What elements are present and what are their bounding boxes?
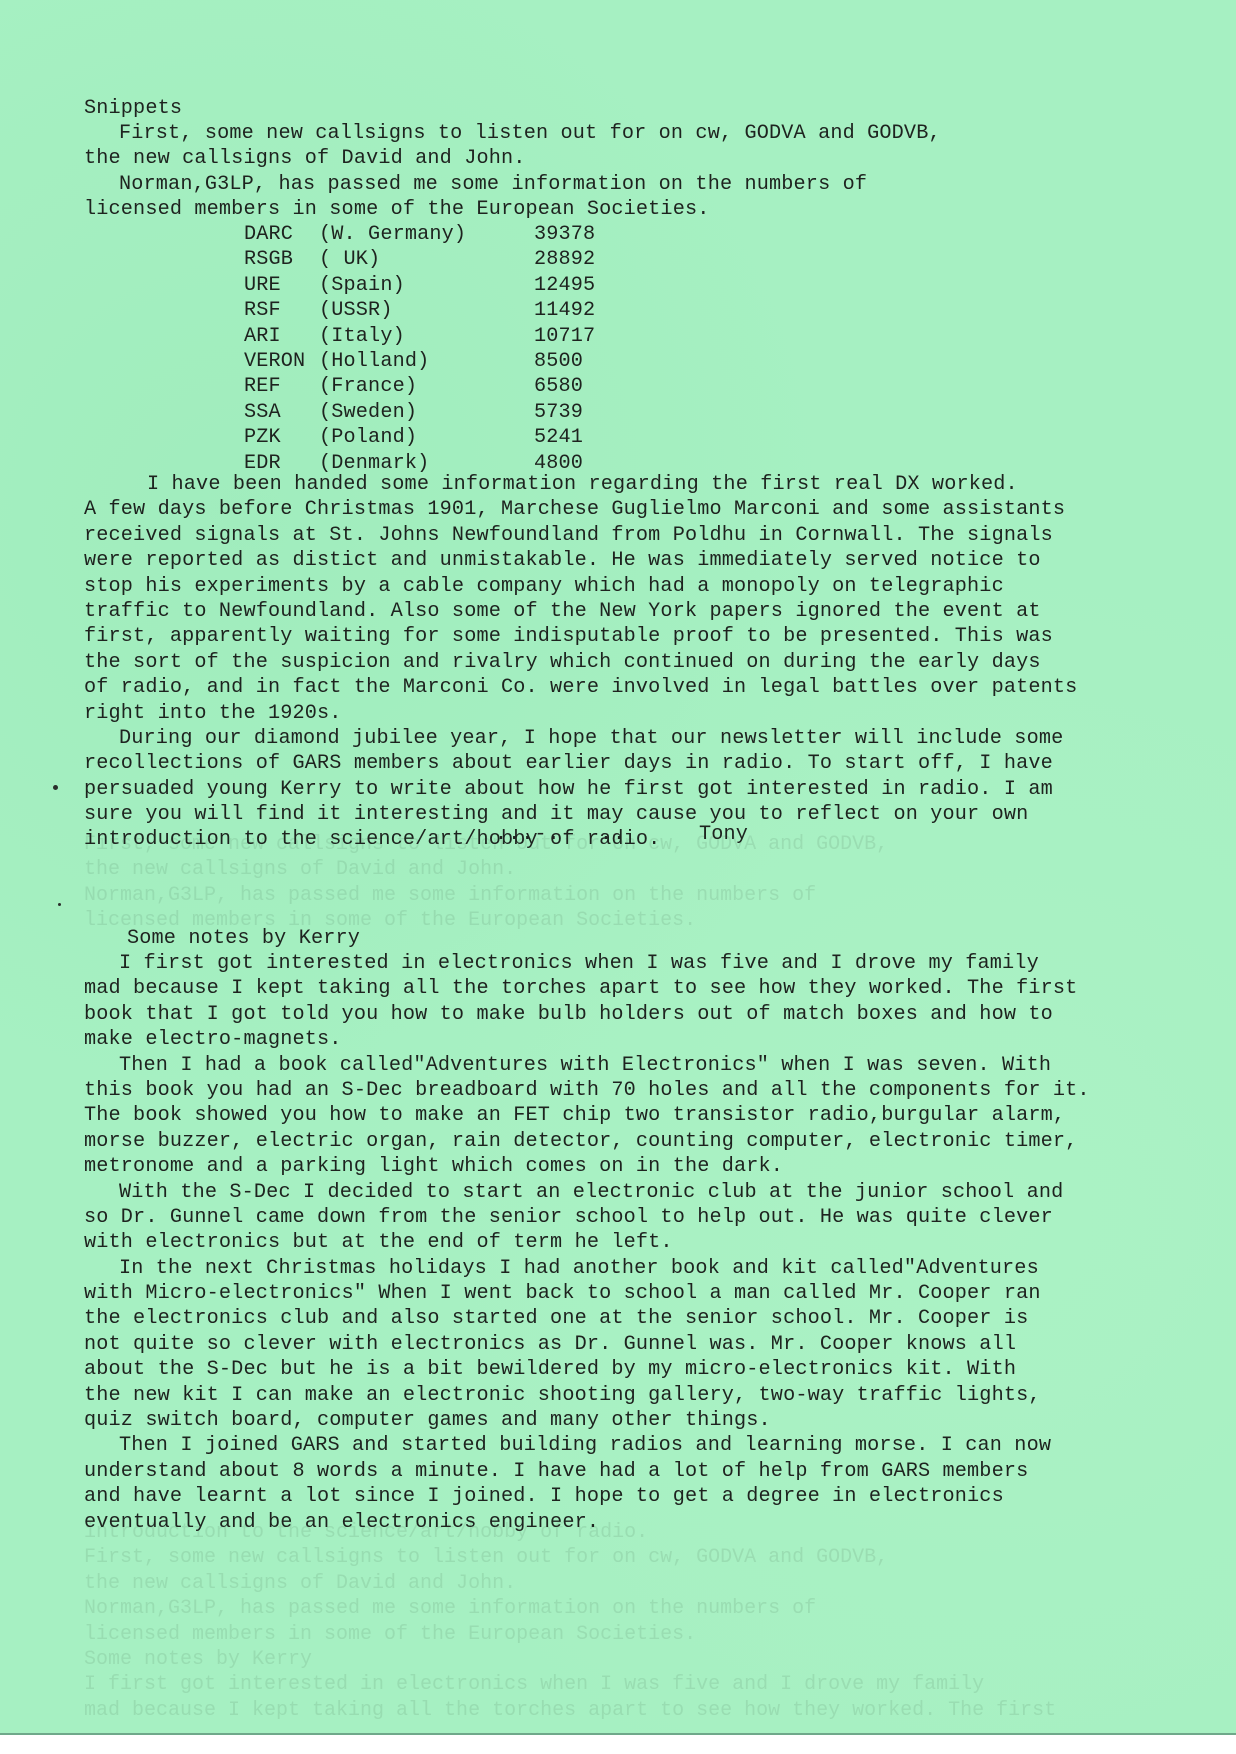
text-line: so Dr. Gunnel came down from the senior … xyxy=(84,1205,1090,1230)
member-count: 39378 xyxy=(534,222,595,247)
society-name: URE xyxy=(244,273,281,298)
society-name: ARI xyxy=(244,324,281,349)
society-name: VERON xyxy=(244,349,305,374)
text-line: Norman,G3LP, has passed me some informat… xyxy=(84,172,941,197)
paper-page: First, some new callsigns to listen out … xyxy=(0,0,1236,1735)
text-line: morse buzzer, electric organ, rain detec… xyxy=(84,1129,1090,1154)
text-line: right into the 1920s. xyxy=(84,701,1077,726)
member-count: 5739 xyxy=(534,400,583,425)
paper-blemish xyxy=(53,785,58,790)
society-name: PZK xyxy=(244,425,281,450)
text-line: A few days before Christmas 1901, Marche… xyxy=(84,497,1077,522)
text-line: First, some new callsigns to listen out … xyxy=(84,121,941,146)
text-line: were reported as distict and unmistakabl… xyxy=(84,548,1077,573)
text-line: with Micro-electronics" When I went back… xyxy=(84,1281,1090,1306)
country-name: (W. Germany) xyxy=(319,222,466,247)
text-line: understand about 8 words a minute. I hav… xyxy=(84,1459,1090,1484)
text-line: the new kit I can make an electronic sho… xyxy=(84,1383,1090,1408)
text-line: During our diamond jubilee year, I hope … xyxy=(84,726,1077,751)
morse-signoff: ...-.- .. xyxy=(495,822,626,847)
text-line: make electro-magnets. xyxy=(84,1027,1090,1052)
text-line: about the S-Dec but he is a bit bewilder… xyxy=(84,1357,1090,1382)
text-line: book that I got told you how to make bul… xyxy=(84,1002,1090,1027)
signoff: ...-.- .. Tony xyxy=(495,822,544,924)
text-line: I first got interested in electronics wh… xyxy=(84,951,1090,976)
text-line: the electronics club and also started on… xyxy=(84,1306,1090,1331)
text-line: Then I had a book called"Adventures with… xyxy=(84,1053,1090,1078)
text-line: not quite so clever with electronics as … xyxy=(84,1332,1090,1357)
country-name: (Sweden) xyxy=(319,400,417,425)
society-name: RSF xyxy=(244,298,281,323)
text-line: I have been handed some information rega… xyxy=(84,472,1077,497)
first-dx-article: I have been handed some information rega… xyxy=(84,472,1077,853)
author-name: Tony xyxy=(699,822,748,847)
country-name: (USSR) xyxy=(319,298,393,323)
society-name: REF xyxy=(244,374,281,399)
section-heading-snippets: Snippets xyxy=(84,96,182,121)
text-line: with electronics but at the end of term … xyxy=(84,1230,1090,1255)
country-name: (France) xyxy=(319,374,417,399)
text-line: recollections of GARS members about earl… xyxy=(84,751,1077,776)
country-name: (Italy) xyxy=(319,324,405,349)
text-line: Then I joined GARS and started building … xyxy=(84,1433,1090,1458)
society-name: DARC xyxy=(244,222,293,247)
kerry-article: I first got interested in electronics wh… xyxy=(84,951,1090,1535)
text-line: mad because I kept taking all the torche… xyxy=(84,976,1090,1001)
text-line: and have learnt a lot since I joined. I … xyxy=(84,1484,1090,1509)
snippets-intro: First, some new callsigns to listen out … xyxy=(84,121,941,223)
section-heading-kerry: Some notes by Kerry xyxy=(127,926,360,951)
show-through-text: introduction to the science/art/hobby of… xyxy=(84,1520,1056,1723)
text-line: this book you had an S-Dec breadboard wi… xyxy=(84,1078,1090,1103)
text-line: the new callsigns of David and John. xyxy=(84,146,941,171)
text-line: stop his experiments by a cable company … xyxy=(84,574,1077,599)
member-count: 12495 xyxy=(534,273,595,298)
member-count: 6580 xyxy=(534,374,583,399)
text-line: first, apparently waiting for some indis… xyxy=(84,624,1077,649)
text-line: In the next Christmas holidays I had ano… xyxy=(84,1256,1090,1281)
text-line: traffic to Newfoundland. Also some of th… xyxy=(84,599,1077,624)
member-count: 28892 xyxy=(534,247,595,272)
member-count: 5241 xyxy=(534,425,583,450)
society-name: SSA xyxy=(244,400,281,425)
member-count: 10717 xyxy=(534,324,595,349)
country-name: (Poland) xyxy=(319,425,417,450)
country-name: ( UK) xyxy=(319,247,380,272)
text-line: of radio, and in fact the Marconi Co. we… xyxy=(84,675,1077,700)
society-name: RSGB xyxy=(244,247,293,272)
country-name: (Holland) xyxy=(319,349,429,374)
country-name: (Spain) xyxy=(319,273,405,298)
member-count: 11492 xyxy=(534,298,595,323)
text-line: persuaded young Kerry to write about how… xyxy=(84,777,1077,802)
text-line: received signals at St. Johns Newfoundla… xyxy=(84,523,1077,548)
text-line: quiz switch board, computer games and ma… xyxy=(84,1408,1090,1433)
text-line: licensed members in some of the European… xyxy=(84,197,941,222)
paper-blemish xyxy=(58,903,61,906)
text-line: With the S-Dec I decided to start an ele… xyxy=(84,1180,1090,1205)
text-line: metronome and a parking light which come… xyxy=(84,1154,1090,1179)
text-line: The book showed you how to make an FET c… xyxy=(84,1103,1090,1128)
member-count: 8500 xyxy=(534,349,583,374)
text-line: eventually and be an electronics enginee… xyxy=(84,1510,1090,1535)
text-line: the sort of the suspicion and rivalry wh… xyxy=(84,650,1077,675)
